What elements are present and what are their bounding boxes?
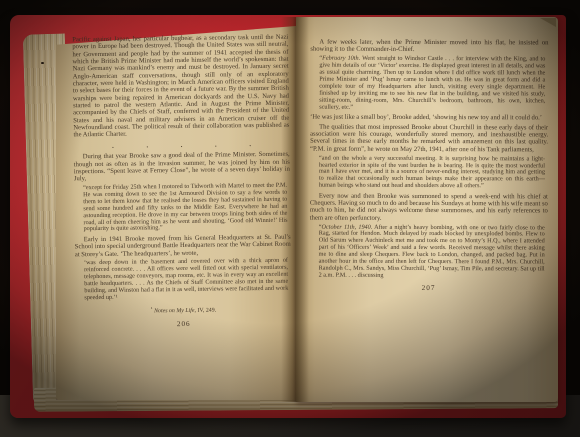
footnote: ¹ Notes on My Life, IV, 249.: [76, 305, 292, 317]
section-separator-dots: . . . . .: [74, 140, 290, 150]
paragraph: Pacific against Japan, her particular bu…: [72, 34, 289, 139]
page-number-right: 207: [310, 285, 548, 293]
quote-block: “except for Friday 25th when I motored t…: [83, 183, 288, 234]
right-page-text: A few weeks later, when the Prime Minist…: [310, 39, 549, 293]
footnote-marker: ¹: [151, 306, 153, 312]
footnote-tail: , IV, 249.: [194, 307, 216, 313]
left-page-text: Pacific against Japan, her particular bu…: [72, 34, 292, 330]
quote-block: ‘was deep down in the basement and cover…: [84, 258, 288, 302]
quote-block: “and on the whole a very successful meet…: [319, 155, 545, 190]
paragraph: A few weeks later, when the Prime Minist…: [310, 39, 548, 55]
paragraph: Every now and then Brooke was summoned t…: [310, 192, 548, 222]
paragraph: The qualities that most impressed Brooke…: [310, 123, 548, 153]
quote-text: Went straight to Windsor Castle . . . fo…: [319, 55, 545, 110]
page-corner-fold: [540, 18, 556, 27]
quote-block: “October 11th, 1940. After a night’s hea…: [319, 224, 545, 280]
open-book-photo: Pacific against Japan, her particular bu…: [0, 0, 580, 437]
footnote-title: Notes on My Life: [154, 308, 194, 314]
paragraph: ‘He was just like a small boy’, Brooke a…: [310, 114, 548, 122]
paragraph: Early in 1941 Brooke moved from his Gene…: [75, 234, 291, 259]
quote-text: After a night’s heavy bombing, with one …: [319, 223, 545, 278]
quote-block: “February 10th. Went straight to Windsor…: [319, 56, 545, 112]
page-blemish: [41, 62, 44, 64]
paragraph: During that year Brooke saw a good deal …: [74, 151, 290, 183]
